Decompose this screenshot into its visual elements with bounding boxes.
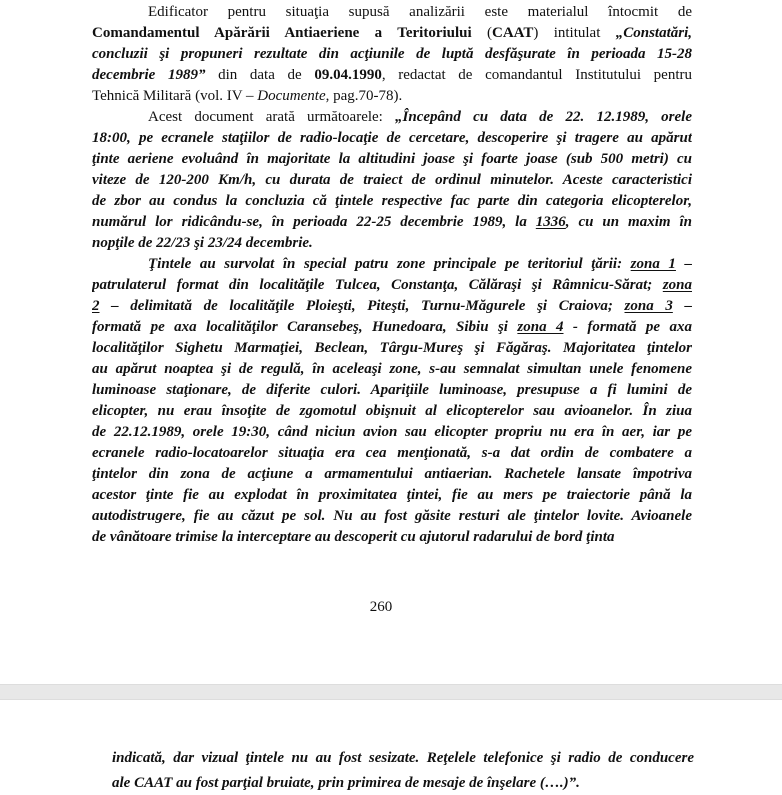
text-run: autodistrugere, fie au căzut pe sol. Nu … <box>92 508 692 524</box>
text-line: de vânătoare trimise la interceptare au … <box>92 527 692 548</box>
text-line: ale CAAT au fost parţial bruiate, prin p… <box>112 771 694 795</box>
text-run: zona 1 <box>631 256 676 272</box>
text-run: zona 4 <box>517 319 563 335</box>
paragraph: Ţintele au survolat în special patru zon… <box>92 254 692 548</box>
text-run: , pag.70-78). <box>326 88 403 104</box>
text-run: numărul lor ridicându-se, în perioada 22… <box>92 214 536 230</box>
document-page-2: indicată, dar vizual ţintele nu au fost … <box>0 700 782 795</box>
text-line: autodistrugere, fie au căzut pe sol. Nu … <box>92 506 692 527</box>
text-line: Ţintele au survolat în special patru zon… <box>92 254 692 275</box>
text-run: concluzii şi propuneri rezultate din acţ… <box>92 46 692 62</box>
text-run: Acest document arată următoarele: <box>148 109 395 125</box>
text-line: numărul lor ridicându-se, în perioada 22… <box>92 212 692 233</box>
text-run: nopţile de 22/23 şi 23/24 decembrie. <box>92 235 313 251</box>
paragraph: Acest document arată următoarele: „Încep… <box>92 107 692 254</box>
document-page-1: Edificator pentru situaţia supusă analiz… <box>0 0 782 684</box>
text-run: decembrie 1989” <box>92 67 205 83</box>
text-run: ecranele radio-locatoarelor situaţia era… <box>92 445 692 461</box>
text-line: Edificator pentru situaţia supusă analiz… <box>92 2 692 23</box>
text-run: ( <box>472 25 492 41</box>
text-run: Tehnică Militară (vol. IV – <box>92 88 257 104</box>
page-separator-band <box>0 684 782 700</box>
text-line: elicopter, nu erau însoţite de zgomotul … <box>92 401 692 422</box>
text-run: „Începând cu data de 22. 12.1989, orele <box>395 109 692 125</box>
text-line: de zbor au condus la concluzia că ţintel… <box>92 191 692 212</box>
text-line: ţinte aeriene evoluând în majoritate la … <box>92 149 692 170</box>
page2-text-block: indicată, dar vizual ţintele nu au fost … <box>112 746 694 795</box>
text-line: patrulaterul format din localităţile Tul… <box>92 275 692 296</box>
text-run: luminoase staţionare, de diferite culori… <box>92 382 692 398</box>
text-run: de zbor au condus la concluzia că ţintel… <box>92 193 692 209</box>
text-run: – <box>673 298 692 314</box>
text-line: Comandamentul Apărării Antiaeriene a Ter… <box>92 23 692 44</box>
text-run: de 22.12.1989, orele 19:30, când niciun … <box>92 424 692 440</box>
text-line: 18:00, pe ecranele staţiilor de radio-lo… <box>92 128 692 149</box>
text-run: zona <box>663 277 692 293</box>
text-run: patrulaterul format din localităţile Tul… <box>92 277 663 293</box>
text-run: ţintelor din zona de acţiune a armamentu… <box>92 466 692 482</box>
text-line: Tehnică Militară (vol. IV – Documente, p… <box>92 86 692 107</box>
text-line: localităţilor Sighetu Marmaţiei, Beclean… <box>92 338 692 359</box>
text-run: de vânătoare trimise la interceptare au … <box>92 529 615 545</box>
text-run: 18:00, pe ecranele staţiilor de radio-lo… <box>92 130 692 146</box>
page1-text-block: Edificator pentru situaţia supusă analiz… <box>92 2 692 548</box>
text-line: ecranele radio-locatoarelor situaţia era… <box>92 443 692 464</box>
text-line: decembrie 1989” din data de 09.04.1990, … <box>92 65 692 86</box>
text-run: Comandamentul Apărării Antiaeriene a Ter… <box>92 25 472 41</box>
text-run: ţinte aeriene evoluând în majoritate la … <box>92 151 692 167</box>
text-run: CAAT <box>492 25 533 41</box>
text-line: au apărut noaptea şi de regulă, în acele… <box>92 359 692 380</box>
text-line: nopţile de 22/23 şi 23/24 decembrie. <box>92 233 692 254</box>
paragraph: Edificator pentru situaţia supusă analiz… <box>92 2 692 107</box>
text-line: Acest document arată următoarele: „Încep… <box>92 107 692 128</box>
text-run: elicopter, nu erau însoţite de zgomotul … <box>92 403 692 419</box>
text-line: de 22.12.1989, orele 19:30, când niciun … <box>92 422 692 443</box>
text-line: acestor ţinte fie au explodat în proximi… <box>92 485 692 506</box>
text-run: 2 <box>92 298 100 314</box>
text-run: zona 3 <box>625 298 673 314</box>
text-run: Ţintele au survolat în special patru zon… <box>148 256 631 272</box>
text-line: ţintelor din zona de acţiune a armamentu… <box>92 464 692 485</box>
text-run: au apărut noaptea şi de regulă, în acele… <box>92 361 692 377</box>
text-run: 09.04.1990 <box>314 67 382 83</box>
text-run: din data de <box>205 67 314 83</box>
text-run: Edificator pentru situaţia supusă analiz… <box>148 4 692 20</box>
text-line: luminoase staţionare, de diferite culori… <box>92 380 692 401</box>
text-run: , cu un maxim în <box>566 214 692 230</box>
text-run: „Constatări, <box>616 25 692 41</box>
pdf-viewer: Edificator pentru situaţia supusă analiz… <box>0 0 782 795</box>
text-run: localităţilor Sighetu Marmaţiei, Beclean… <box>92 340 692 356</box>
text-run: - formată pe axa <box>564 319 693 335</box>
page-number: 260 <box>0 597 762 617</box>
text-run: 1336 <box>536 214 566 230</box>
text-line: 2 – delimitată de localităţile Ploieşti,… <box>92 296 692 317</box>
text-run: acestor ţinte fie au explodat în proximi… <box>92 487 692 503</box>
text-run: , redactat de comandantul Institutului p… <box>382 67 692 83</box>
text-run: Documente <box>257 88 325 104</box>
text-line: viteze de 120-200 Km/h, cu durata de tra… <box>92 170 692 191</box>
text-run: ale CAAT au fost parţial bruiate, prin p… <box>112 775 580 791</box>
text-line: formată pe axa localităţilor Caransebeş,… <box>92 317 692 338</box>
text-run: formată pe axa localităţilor Caransebeş,… <box>92 319 517 335</box>
text-run: viteze de 120-200 Km/h, cu durata de tra… <box>92 172 692 188</box>
text-run: ) intitulat <box>533 25 615 41</box>
text-run: indicată, dar vizual ţintele nu au fost … <box>112 750 694 766</box>
text-run: – <box>676 256 692 272</box>
text-line: indicată, dar vizual ţintele nu au fost … <box>112 746 694 771</box>
text-run: – delimitată de localităţile Ploieşti, P… <box>100 298 625 314</box>
text-line: concluzii şi propuneri rezultate din acţ… <box>92 44 692 65</box>
